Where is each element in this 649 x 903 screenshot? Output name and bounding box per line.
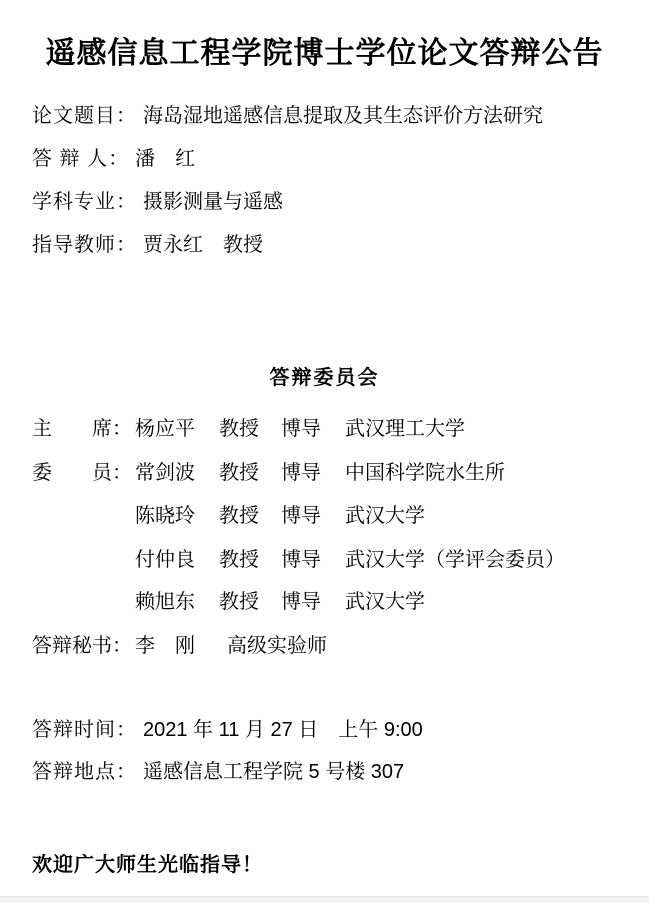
defense-venue-label: 答辩地点： [32,761,137,783]
candidate-value: 潘 红 [135,148,195,170]
thesis-title-line: 论文题目：海岛湿地遥感信息提取及其生态评价方法研究 [32,103,543,129]
defense-time-value: 2021 年 11 月 27 日 上午 9:00 [143,719,423,741]
major-value: 摄影测量与遥感 [143,191,283,213]
thesis-title-value: 海岛湿地遥感信息提取及其生态评价方法研究 [143,105,543,127]
defense-announcement-document: 遥感信息工程学院博士学位论文答辩公告 论文题目：海岛湿地遥感信息提取及其生态评价… [0,0,649,903]
welcome-message: 欢迎广大师生光临指导！ [32,848,263,877]
document-title: 遥感信息工程学院博士学位论文答辩公告 [0,28,649,72]
defense-venue-value: 遥感信息工程学院 5 号楼 307 [143,761,404,783]
committee-member-degree: 博导 [281,460,321,486]
candidate-label: 答 辩 人： [32,148,129,170]
committee-member-title: 教授 [219,547,259,573]
committee-role-label: 主 席： [32,416,132,442]
committee-member-affiliation: 武汉理工大学 [345,416,465,442]
committee-member-name: 常剑波 [135,460,195,486]
advisor-label: 指导教师： [32,234,137,256]
defense-time-line: 答辩时间：2021 年 11 月 27 日 上午 9:00 [32,717,423,743]
committee-member-affiliation: 武汉大学（学评会委员） [345,547,565,573]
secretary-title: 高级实验师 [227,633,327,659]
committee-member-title: 教授 [219,589,259,615]
committee-row-member: 陈晓玲 教授 博导 武汉大学 [0,503,649,529]
committee-member-affiliation: 武汉大学 [345,503,425,529]
committee-row-member: 赖旭东 教授 博导 武汉大学 [0,589,649,615]
committee-member-title: 教授 [219,460,259,486]
committee-role-label: 委 员： [32,460,132,486]
committee-member-affiliation: 中国科学院水生所 [345,460,505,486]
committee-member-degree: 博导 [281,503,321,529]
committee-member-title: 教授 [219,416,259,442]
secretary-row: 答辩秘书： 李 刚 高级实验师 [0,633,649,659]
major-line: 学科专业：摄影测量与遥感 [32,189,283,215]
advisor-value: 贾永红 教授 [143,234,263,256]
committee-member-name: 赖旭东 [135,589,195,615]
committee-member-name: 陈晓玲 [135,503,195,529]
thesis-title-label: 论文题目： [32,105,137,127]
advisor-line: 指导教师：贾永红 教授 [32,232,263,258]
horizontal-scrollbar-track[interactable] [0,896,649,903]
secretary-name: 李 刚 [135,633,195,659]
committee-row-member: 委 员： 常剑波 教授 博导 中国科学院水生所 [0,460,649,486]
committee-member-degree: 博导 [281,547,321,573]
committee-member-affiliation: 武汉大学 [345,589,425,615]
major-label: 学科专业： [32,191,137,213]
secretary-label: 答辩秘书： [32,633,132,659]
committee-member-degree: 博导 [281,589,321,615]
committee-member-title: 教授 [219,503,259,529]
committee-row-chair: 主 席： 杨应平 教授 博导 武汉理工大学 [0,416,649,442]
candidate-line: 答 辩 人：潘 红 [32,146,195,172]
defense-time-label: 答辩时间： [32,719,137,741]
committee-heading: 答辩委员会 [0,361,649,390]
committee-member-name: 杨应平 [135,416,195,442]
defense-venue-line: 答辩地点：遥感信息工程学院 5 号楼 307 [32,759,404,785]
committee-row-member: 付仲良 教授 博导 武汉大学（学评会委员） [0,547,649,573]
committee-member-name: 付仲良 [135,547,195,573]
committee-member-degree: 博导 [281,416,321,442]
